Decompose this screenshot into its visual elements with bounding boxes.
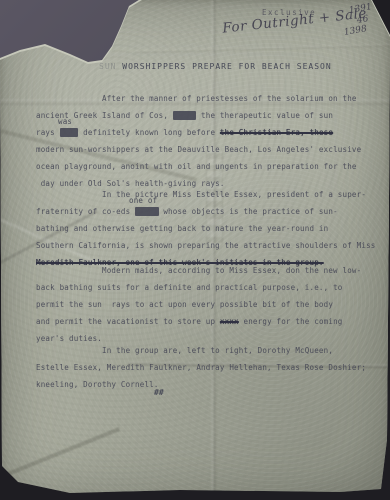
- photo-vignette: [0, 0, 390, 500]
- paper: Exclusive For Outright + Sale 1391 46 13…: [0, 0, 390, 500]
